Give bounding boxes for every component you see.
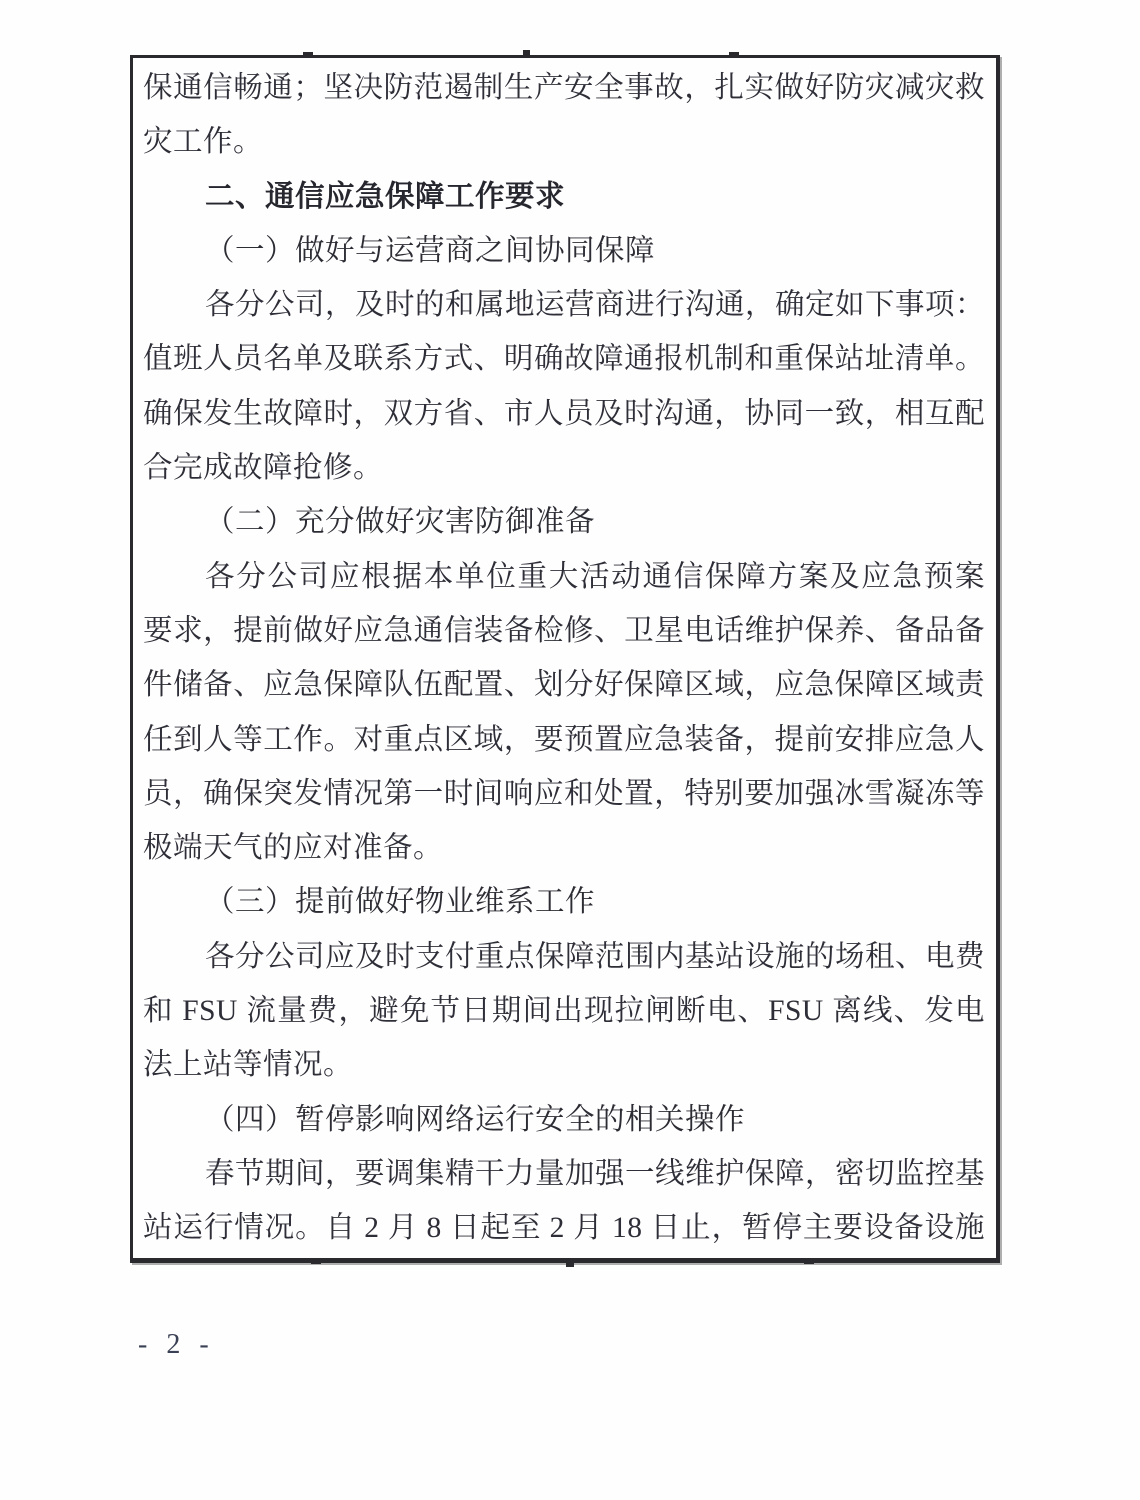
body-text-line: 法上站等情况。 [143, 1038, 985, 1092]
subsection-heading: （二）充分做好灾害防御准备 [143, 495, 985, 549]
body-text-line: 极端天气的应对准备。 [143, 821, 985, 875]
scan-artifact-tick [311, 1260, 321, 1264]
body-text-line: 站运行情况。自 2 月 8 日起至 2 月 18 日止，暂停主要设备设施 [143, 1201, 985, 1255]
document-page: 保通信畅通；坚决防范遏制生产安全事故，扎实做好防灾减灾救灾工作。二、通信应急保障… [0, 0, 1140, 1500]
body-text-line: 合完成故障抢修。 [143, 441, 985, 495]
subsection-heading: （四）暂停影响网络运行安全的相关操作 [143, 1093, 985, 1147]
subsection-heading: （一）做好与运营商之间协同保障 [143, 224, 985, 278]
body-text-line: 保通信畅通；坚决防范遏制生产安全事故，扎实做好防灾减灾救 [143, 61, 985, 115]
body-text-line: 春节期间，要调集精干力量加强一线维护保障，密切监控基 [143, 1147, 985, 1201]
body-text-line: 任到人等工作。对重点区域，要预置应急装备，提前安排应急人 [143, 713, 985, 767]
scan-artifact-tick [804, 1260, 814, 1264]
scan-artifact-tick [566, 1261, 574, 1267]
body-text-line: 灾工作。 [143, 115, 985, 169]
document-text: 保通信畅通；坚决防范遏制生产安全事故，扎实做好防灾减灾救灾工作。二、通信应急保障… [143, 61, 985, 1256]
body-text-line: 各分公司，及时的和属地运营商进行沟通，确定如下事项： [143, 278, 985, 332]
section-heading: 二、通信应急保障工作要求 [143, 170, 985, 224]
page-number: - 2 - [138, 1329, 215, 1361]
body-text-line: 员，确保突发情况第一时间响应和处置，特别要加强冰雪凝冻等 [143, 767, 985, 821]
body-text-line: 确保发生故障时，双方省、市人员及时沟通，协同一致，相互配 [143, 387, 985, 441]
body-text-line: 各分公司应及时支付重点保障范围内基站设施的场租、电费 [143, 930, 985, 984]
body-text-line: 和 FSU 流量费，避免节日期间出现拉闸断电、FSU 离线、发电无 [143, 984, 985, 1038]
body-text-line: 值班人员名单及联系方式、明确故障通报机制和重保站址清单。 [143, 332, 985, 386]
document-border-box: 保通信畅通；坚决防范遏制生产安全事故，扎实做好防灾减灾救灾工作。二、通信应急保障… [130, 55, 1000, 1263]
body-text-line: 件储备、应急保障队伍配置、划分好保障区域，应急保障区域责 [143, 658, 985, 712]
body-text-line: 要求，提前做好应急通信装备检修、卫星电话维护保养、备品备 [143, 604, 985, 658]
scan-artifact-tick [729, 52, 739, 56]
body-text-line: 各分公司应根据本单位重大活动通信保障方案及应急预案 [143, 550, 985, 604]
scan-artifact-tick [523, 50, 530, 56]
subsection-heading: （三）提前做好物业维系工作 [143, 875, 985, 929]
scan-artifact-tick [303, 52, 313, 56]
